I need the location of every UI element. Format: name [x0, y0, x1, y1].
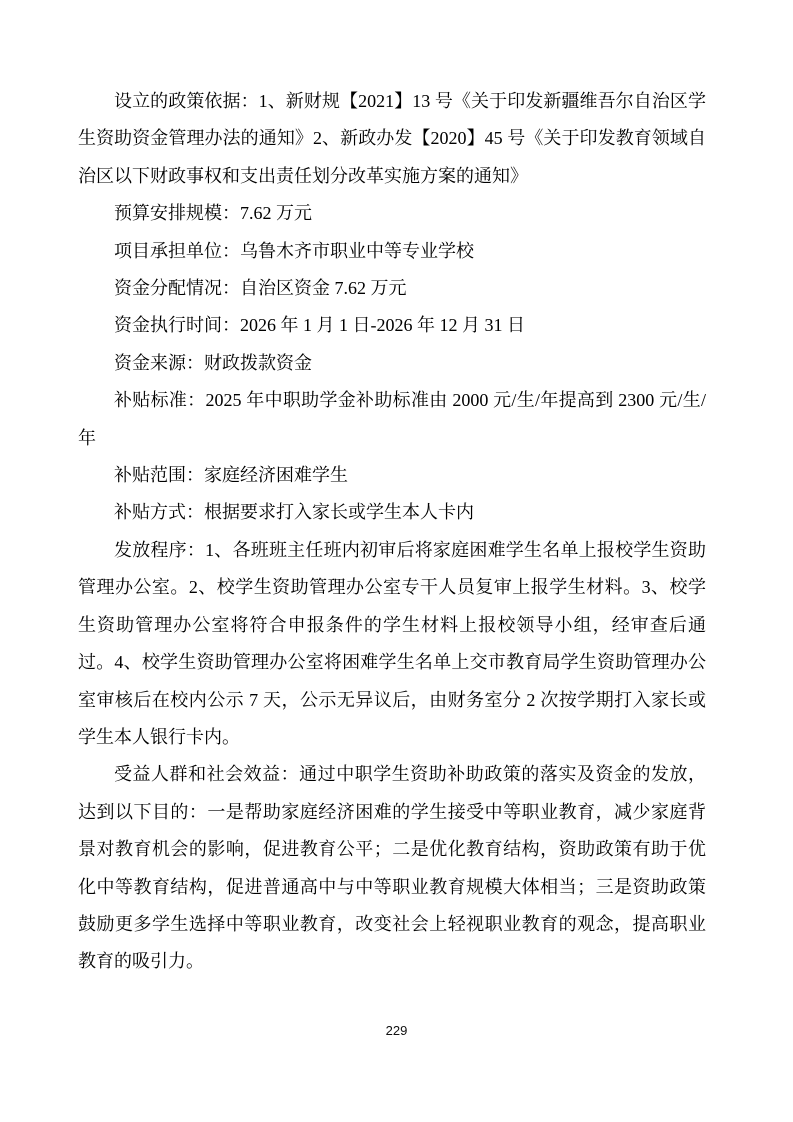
paragraph-subsidy-method: 补贴方式：根据要求打入家长或学生本人卡内 [78, 494, 706, 531]
paragraph-subsidy-standard: 补贴标准：2025 年中职助学金补助标准由 2000 元/生/年提高到 2300… [78, 382, 706, 457]
paragraph-fund-allocation: 资金分配情况：自治区资金 7.62 万元 [78, 270, 706, 307]
page-number: 229 [386, 1023, 408, 1038]
paragraph-undertaking-unit: 项目承担单位：乌鲁木齐市职业中等专业学校 [78, 233, 706, 270]
paragraph-fund-source: 资金来源：财政拨款资金 [78, 345, 706, 382]
paragraph-subsidy-scope: 补贴范围：家庭经济困难学生 [78, 457, 706, 494]
page-footer: 229 [0, 1022, 793, 1040]
paragraph-distribution-procedure: 发放程序：1、各班班主任班内初审后将家庭困难学生名单上报校学生资助管理办公室。2… [78, 532, 706, 756]
paragraph-policy-basis: 设立的政策依据：1、新财规【2021】13 号《关于印发新疆维吾尔自治区学生资助… [78, 83, 706, 195]
document-body: 设立的政策依据：1、新财规【2021】13 号《关于印发新疆维吾尔自治区学生资助… [78, 83, 706, 981]
paragraph-execution-period: 资金执行时间：2026 年 1 月 1 日-2026 年 12 月 31 日 [78, 307, 706, 344]
paragraph-budget-scale: 预算安排规模：7.62 万元 [78, 195, 706, 232]
paragraph-beneficiaries-benefits: 受益人群和社会效益：通过中职学生资助补助政策的落实及资金的发放，达到以下目的：一… [78, 756, 706, 980]
document-page: 设立的政策依据：1、新财规【2021】13 号《关于印发新疆维吾尔自治区学生资助… [0, 0, 793, 1122]
